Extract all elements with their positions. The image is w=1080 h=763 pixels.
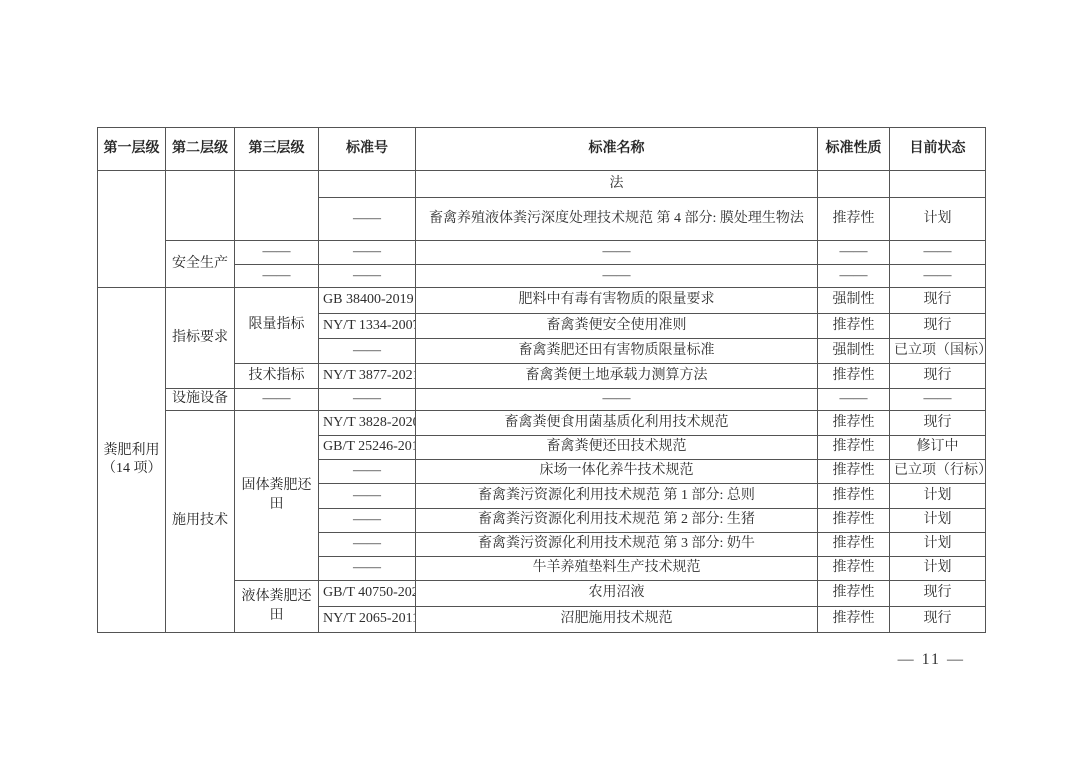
cell-standard-no: —— [319,265,416,288]
cell-standard-name: 畜禽粪污资源化利用技术规范 第 1 部分: 总则 [416,484,818,509]
cell-nature: —— [818,241,890,265]
cell-status: 计划 [890,533,986,557]
cell-nature: 推荐性 [818,411,890,436]
cell-level1 [98,171,166,288]
header-standard-no: 标准号 [319,128,416,171]
cell-standard-name: 畜禽粪污资源化利用技术规范 第 2 部分: 生猪 [416,509,818,533]
table-row: 施用技术 固体粪肥还田 NY/T 3828-2020 畜禽粪便食用菌基质化利用技… [98,411,986,436]
cell-standard-no: NY/T 3828-2020 [319,411,416,436]
cell-nature: —— [818,265,890,288]
cell-nature: —— [818,389,890,411]
cell-standard-no [319,171,416,198]
cell-nature: 推荐性 [818,484,890,509]
cell-status: 现行 [890,288,986,314]
cell-level3: —— [235,265,319,288]
header-status: 目前状态 [890,128,986,171]
cell-standard-no: —— [319,484,416,509]
cell-standard-no: GB/T 25246-2010 [319,436,416,460]
cell-standard-no: —— [319,339,416,364]
cell-standard-name: 畜禽粪便土地承载力测算方法 [416,364,818,389]
table-row: 粪肥利用（14 项） 指标要求 限量指标 GB 38400-2019 肥料中有毒… [98,288,986,314]
cell-standard-name: 畜禽粪污资源化利用技术规范 第 3 部分: 奶牛 [416,533,818,557]
cell-standard-name: —— [416,265,818,288]
standards-table: 第一层级 第二层级 第三层级 标准号 标准名称 标准性质 目前状态 法 —— 畜… [97,127,986,633]
cell-standard-name: 畜禽养殖液体粪污深度处理技术规范 第 4 部分: 膜处理生物法 [416,198,818,241]
cell-level3: 技术指标 [235,364,319,389]
cell-status: 现行 [890,314,986,339]
cell-level3: —— [235,389,319,411]
cell-standard-name: 肥料中有毒有害物质的限量要求 [416,288,818,314]
cell-status: 已立项（行标） [890,460,986,484]
header-level2: 第二层级 [166,128,235,171]
page-number: — 11 — [898,651,965,669]
cell-status: —— [890,389,986,411]
cell-standard-no: —— [319,241,416,265]
cell-standard-name: 农用沼液 [416,581,818,607]
cell-level3: —— [235,241,319,265]
header-row: 第一层级 第二层级 第三层级 标准号 标准名称 标准性质 目前状态 [98,128,986,171]
cell-status: 计划 [890,557,986,581]
cell-nature [818,171,890,198]
cell-level2: 指标要求 [166,288,235,389]
cell-level3: 限量指标 [235,288,319,364]
cell-standard-no: GB 38400-2019 [319,288,416,314]
table-row: 安全生产 —— —— —— —— —— [98,241,986,265]
cell-standard-name: 沼肥施用技术规范 [416,607,818,633]
cell-level3: 液体粪肥还田 [235,581,319,633]
cell-status: 现行 [890,607,986,633]
cell-standard-name: 法 [416,171,818,198]
cell-status: —— [890,241,986,265]
cell-status: —— [890,265,986,288]
cell-standard-no: NY/T 2065-2011 [319,607,416,633]
cell-standard-name: 畜禽粪便安全使用准则 [416,314,818,339]
cell-nature: 强制性 [818,288,890,314]
cell-standard-no: —— [319,509,416,533]
header-nature: 标准性质 [818,128,890,171]
cell-nature: 推荐性 [818,533,890,557]
cell-nature: 推荐性 [818,557,890,581]
cell-standard-name: 畜禽粪便还田技术规范 [416,436,818,460]
cell-standard-no: —— [319,533,416,557]
cell-nature: 推荐性 [818,581,890,607]
cell-standard-name: 畜禽粪肥还田有害物质限量标准 [416,339,818,364]
cell-standard-no: —— [319,198,416,241]
cell-nature: 推荐性 [818,436,890,460]
cell-level2 [166,171,235,241]
cell-nature: 推荐性 [818,198,890,241]
cell-status: 计划 [890,509,986,533]
cell-status: 现行 [890,411,986,436]
document-page: 第一层级 第二层级 第三层级 标准号 标准名称 标准性质 目前状态 法 —— 畜… [0,0,1080,763]
cell-standard-no: —— [319,389,416,411]
cell-standard-no: —— [319,557,416,581]
cell-standard-name: 床场一体化养牛技术规范 [416,460,818,484]
cell-standard-no: GB/T 40750-2021 [319,581,416,607]
cell-standard-no: —— [319,460,416,484]
cell-standard-no: NY/T 3877-2021 [319,364,416,389]
cell-status: 修订中 [890,436,986,460]
cell-level3 [235,171,319,241]
cell-level2: 安全生产 [166,241,235,288]
cell-nature: 推荐性 [818,607,890,633]
cell-standard-name: 畜禽粪便食用菌基质化利用技术规范 [416,411,818,436]
cell-nature: 推荐性 [818,314,890,339]
cell-standard-name: —— [416,389,818,411]
cell-status: 计划 [890,484,986,509]
cell-level1: 粪肥利用（14 项） [98,288,166,633]
cell-level3: 固体粪肥还田 [235,411,319,581]
cell-nature: 推荐性 [818,460,890,484]
header-level3: 第三层级 [235,128,319,171]
cell-status: 计划 [890,198,986,241]
table-row: 设施设备 —— —— —— —— —— [98,389,986,411]
cell-standard-no: NY/T 1334-2007 [319,314,416,339]
cell-status: 已立项（国标） [890,339,986,364]
cell-level2: 设施设备 [166,389,235,411]
cell-status: 现行 [890,581,986,607]
table-row: 法 [98,171,986,198]
cell-status [890,171,986,198]
header-level1: 第一层级 [98,128,166,171]
cell-status: 现行 [890,364,986,389]
cell-nature: 推荐性 [818,364,890,389]
cell-standard-name: —— [416,241,818,265]
cell-nature: 强制性 [818,339,890,364]
cell-level2: 施用技术 [166,411,235,633]
header-standard-name: 标准名称 [416,128,818,171]
cell-standard-name: 牛羊养殖垫料生产技术规范 [416,557,818,581]
cell-nature: 推荐性 [818,509,890,533]
